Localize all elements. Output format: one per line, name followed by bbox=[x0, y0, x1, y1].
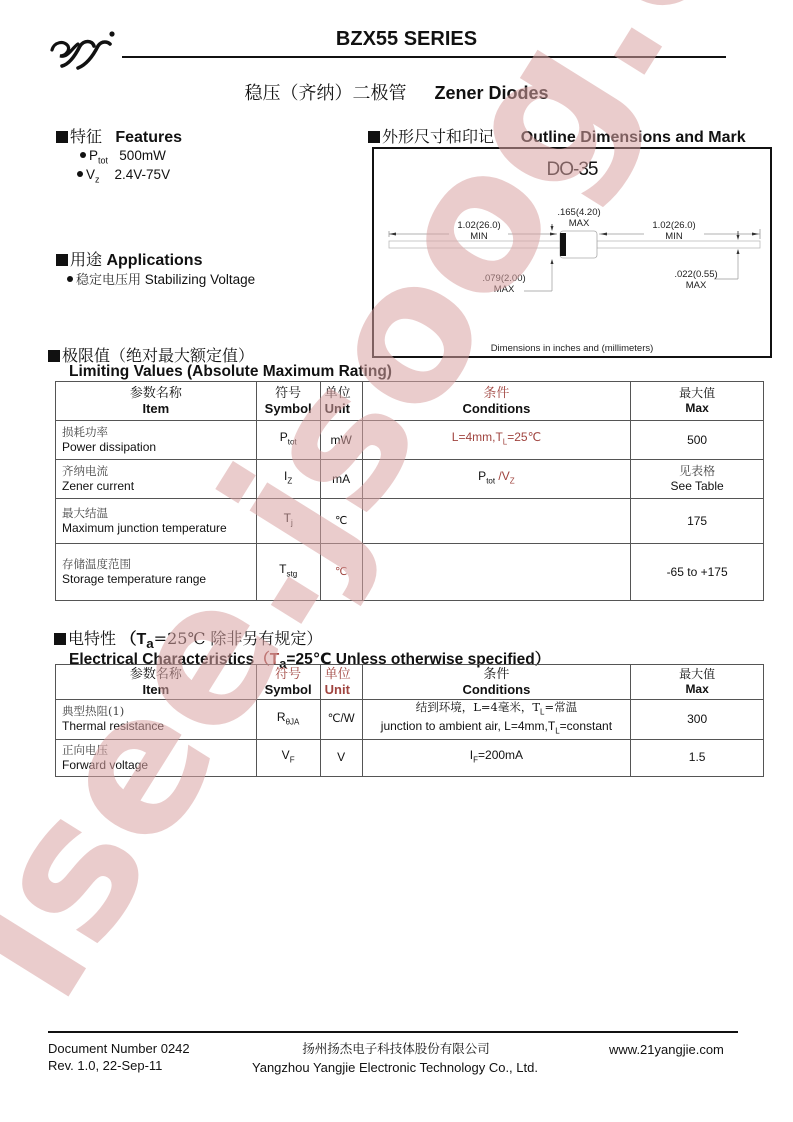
square-bullet-icon bbox=[368, 131, 380, 143]
table-header-row: 参数名称Item 符号Symbol 单位Unit 条件Conditions 最大… bbox=[56, 665, 764, 700]
document-number: Document Number 0242 bbox=[48, 1041, 190, 1056]
dimension-unit-note: Dimensions in inches and (millimeters) bbox=[374, 343, 770, 354]
applications-heading: 用途 Applications bbox=[56, 247, 202, 270]
limiting-values-table: 参数名称Item 符号Symbol 单位Unit 条件Conditions 最大… bbox=[55, 381, 764, 601]
title-divider bbox=[122, 56, 726, 58]
features-heading: 特征 Features bbox=[56, 124, 182, 147]
square-bullet-icon bbox=[54, 633, 66, 645]
company-name-cn: 扬州扬杰电子科技体股份有限公司 bbox=[240, 1039, 552, 1057]
table-row: 典型热阻(1)Thermal resistance RθJA ℃/W 结到环境，… bbox=[56, 700, 764, 740]
bullet-icon bbox=[80, 152, 86, 158]
table-row: 齐纳电流Zener current IZ mA Ptot /VZ 见表格See … bbox=[56, 460, 764, 499]
table-row: 存储温度范围Storage temperature range Tstg ℃ -… bbox=[56, 544, 764, 601]
outline-heading: 外形尺寸和印记 Outline Dimensions and Mark bbox=[368, 124, 746, 147]
lead-length-left-label: 1.02(26.0)MIN bbox=[434, 220, 524, 242]
subtitle-cn: 稳压（齐纳）二极管 bbox=[244, 83, 406, 104]
table-row: 正向电压Forward voltage VF V IF=200mA 1.5 bbox=[56, 739, 764, 776]
subtitle-en: Zener Diodes bbox=[434, 83, 548, 103]
body-diameter-label: .079(2.00)MAX bbox=[469, 273, 539, 295]
table-row: 损耗功率Power dissipation Ptot mW L=4mm,TL=2… bbox=[56, 421, 764, 460]
table-header-row: 参数名称Item 符号Symbol 单位Unit 条件Conditions 最大… bbox=[56, 382, 764, 421]
company-name-en: Yangzhou Yangjie Electronic Technology C… bbox=[230, 1060, 560, 1075]
lead-diameter-label: .022(0.55)MAX bbox=[661, 269, 731, 291]
lead-length-right-label: 1.02(26.0)MIN bbox=[629, 220, 719, 242]
electrical-characteristics-table: 参数名称Item 符号Symbol 单位Unit 条件Conditions 最大… bbox=[55, 664, 764, 777]
document-title: BZX55 SERIES bbox=[0, 28, 793, 51]
feature-item: Vz 2.4V-75V bbox=[77, 167, 170, 185]
website-link[interactable]: www.21yangjie.com bbox=[609, 1042, 724, 1057]
table-row: 最大结温Maximum junction temperature Tj ℃ 17… bbox=[56, 499, 764, 544]
bullet-icon bbox=[77, 171, 83, 177]
square-bullet-icon bbox=[48, 350, 60, 362]
outline-drawing-box: DO-35 1.02(26.0)MIN .165(4. bbox=[372, 147, 772, 358]
document-subtitle: 稳压（齐纳）二极管Zener Diodes bbox=[0, 79, 793, 105]
footer-divider bbox=[48, 1031, 738, 1033]
square-bullet-icon bbox=[56, 254, 68, 266]
bullet-icon bbox=[67, 276, 73, 282]
cathode-band-icon bbox=[560, 233, 566, 256]
square-bullet-icon bbox=[56, 131, 68, 143]
feature-item: Ptot 500mW bbox=[80, 148, 166, 166]
limiting-values-heading-en: Limiting Values (Absolute Maximum Rating… bbox=[69, 363, 392, 381]
revision: Rev. 1.0, 22-Sep-11 bbox=[48, 1058, 162, 1073]
diode-outline-drawing bbox=[374, 149, 770, 356]
body-length-label: .165(4.20)MAX bbox=[544, 207, 614, 229]
application-item: 稳定电压用 Stabilizing Voltage bbox=[67, 269, 255, 288]
